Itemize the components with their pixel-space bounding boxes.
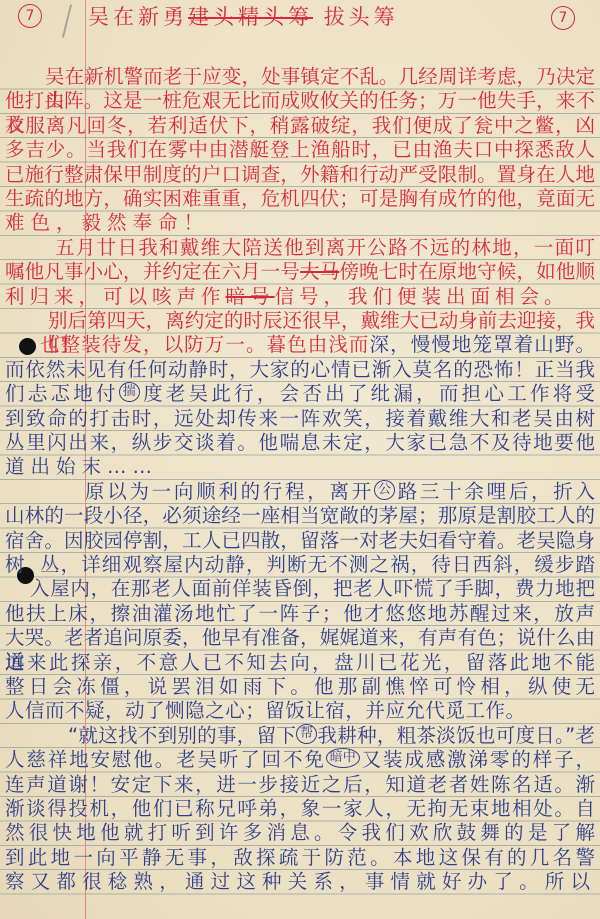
title-text: 吴在新勇 <box>88 5 188 29</box>
line-text: 丛里闪出来，纵步交谈着。他喘息未定，大家已急不及待地要他 <box>5 431 595 454</box>
line-text: 度老吴此行，会否出了纰漏，而担心工作将受 <box>140 382 595 405</box>
text-line: 丛，详细观察屋内动静，判断无不测之祸，待日西斜，缓步踏 <box>40 553 595 577</box>
page-number-right: 7 <box>551 6 575 30</box>
text-line: 五月廿日我和戴维大陪送他到离开公路不远的林地，一面叮 <box>55 236 595 260</box>
text-line: 到此地一向平静无事，敌探疏于防范。本地这保有的几名警 <box>5 846 595 870</box>
line-text: 人慈祥地安慰他。老吴听了回不免 <box>5 748 326 771</box>
text-line: 难色，毅然奉命！ <box>5 211 209 235</box>
pencil-mark <box>62 4 72 37</box>
page-title: 吴在新勇建头精头筹 拔头筹 <box>88 2 399 32</box>
line-text: 路三十余哩后，折入 <box>395 480 595 503</box>
line-text: 又装成感激涕零的样子， <box>360 748 595 771</box>
line-text: 人信而不疑，动了恻隐之心；留饭让宿，并应允代觅工作。 <box>5 699 525 722</box>
text-line: 而依然未见有任何动静时，大家的心情已渐入莫名的恐怖！正当我 <box>5 358 595 382</box>
line-text: 多吉少。当我们在雾中由潜艇登上渔船时，已由渔夫口中探悉敌人 <box>5 138 595 161</box>
line-text: 他扶上床，擦油灌汤地忙了一阵子；他才悠悠地苏醒过来，放声 <box>5 602 595 625</box>
line-text: 们忐忑地付 <box>5 382 119 405</box>
text-line: 整日会冻僵，说罢泪如雨下。他那副憔悴可怜相，纵使无 <box>5 675 595 699</box>
line-text: 察又都很稔熟，通过这种关系，事情就好办了。所以 <box>5 870 590 893</box>
line-text: “就这找不到别的事，留下 <box>68 724 296 747</box>
line-text: 衣服离凡回冬，若利适伏下，稍露破绽，我们便成了瓮中之鳖，凶 <box>5 114 595 137</box>
punch-hole <box>19 338 36 355</box>
line-text: 嘱他凡事小心，并约定在六月一号 <box>5 260 300 283</box>
title-struck-text: 建头精头筹 <box>188 5 313 29</box>
text-line: 嘱他凡事小心，并约定在六月一号大马傍晚七时在原地守候，如他顺 <box>5 260 595 284</box>
circled-insertion: 公 <box>374 480 395 500</box>
text-line: 山林的一段小径，必须途经一座相当宽敞的茅屋；那原是割胶工人的 <box>5 504 595 528</box>
text-line: 察又都很稔熟，通过这种关系，事情就好办了。所以 <box>5 870 590 894</box>
struck-text: 暗号 <box>226 285 275 308</box>
text-line: 人慈祥地安慰他。老吴听了回不免暗中又装成感激涕零的样子， <box>5 748 595 772</box>
line-text: 到致命的打击时，远处却传来一阵欢笑，接着戴维大和老吴由树 <box>5 407 595 430</box>
line-text: 五月廿日我和戴维大陪送他到离开公路不远的林地，一面叮 <box>55 236 595 259</box>
text-line: 丛里闪出来，纵步交谈着。他喘息未定，大家已急不及待地要他 <box>5 431 595 455</box>
line-text: 连声道谢！安定下来，进一步接近之后，知道老者姓陈名适。渐 <box>5 773 595 796</box>
text-line: “就这找不到别的事，留下帮我耕种，粗茶淡饭也可度日。”老 <box>68 724 595 748</box>
text-line: 他打头阵。这是一桩危艰无比而成败攸关的任务；万一他失手，来不及 <box>5 89 595 113</box>
text-line: 人信而不疑，动了恻隐之心；留饭让宿，并应允代觅工作。 <box>5 699 525 723</box>
line-text: 生疏的地方，确实困难重重，危机四伏；可是胸有成竹的他，竟面无 <box>5 187 595 210</box>
line-text: 我耕种，粗茶淡饭也可度日。”老 <box>317 724 595 747</box>
line-text: 到此地一向平静无事，敌探疏于防范。本地这保有的几名警 <box>5 846 595 869</box>
notebook-page: 7 7 吴在新勇建头精头筹 拔头筹 吴在新机警而老于应变，处事镇定不乱。几经周详… <box>0 0 600 919</box>
line-text: 整日会冻僵，说罢泪如雨下。他那副憔悴可怜相，纵使无 <box>5 675 595 698</box>
text-line: 多吉少。当我们在雾中由潜艇登上渔船时，已由渔夫口中探悉敌人 <box>5 138 595 162</box>
struck-text: 大马 <box>300 260 339 283</box>
line-text: 利归来，可以咳声作 <box>5 285 226 308</box>
line-text: 也整装待发，以防万一。暮色由浅而 <box>40 333 370 356</box>
line-text: 傍晚七时在原地守候，如他顺 <box>339 260 595 283</box>
line-text: 难色，毅然奉命！ <box>5 211 209 234</box>
circled-insertion: 暗中 <box>326 748 360 768</box>
line-text: 然很快地他就打听到许多消息。令我们欢欣鼓舞的是了解 <box>5 821 595 844</box>
text-line: 已施行整肃保甲制度的户口调查，外籍和行动严受限制。置身在人地 <box>5 163 595 187</box>
text-line: 生疏的地方，确实困难重重，危机四伏；可是胸有成竹的他，竟面无 <box>5 187 595 211</box>
text-line: 连声道谢！安定下来，进一步接近之后，知道老者姓陈名适。渐 <box>5 773 595 797</box>
text-line: 渐谈得投机，他们已称兄呼弟，象一家人，无拘无束地相处。自 <box>5 797 595 821</box>
text-line: 道来此探亲，不意人已不知去向，盘川已花光，留落此地不能 <box>5 651 595 675</box>
line-text: 已施行整肃保甲制度的户口调查，外籍和行动严受限制。置身在人地 <box>5 163 595 186</box>
text-line: 到致命的打击时，远处却传来一阵欢笑，接着戴维大和老吴由树 <box>5 407 595 431</box>
line-text: 丛，详细观察屋内动静，判断无不测之祸，待日西斜，缓步踏 <box>40 553 595 576</box>
line-text: 而依然未见有任何动静时，大家的心情已渐入莫名的恐怖！正当我 <box>5 358 595 381</box>
text-line: 大哭。老者追问原委，他早有准备，娓娓道来，有声有色；说什么由远 <box>5 626 595 650</box>
text-line: 也整装待发，以防万一。暮色由浅而深，慢慢地笼罩着山野。 <box>40 333 595 357</box>
line-text: 入屋内，在那老人面前佯装昏倒，把老人吓慌了手脚，费力地把 <box>30 577 595 600</box>
line-text: 道出始末…… <box>5 455 158 478</box>
line-text: 渐谈得投机，他们已称兄呼弟，象一家人，无拘无束地相处。自 <box>5 797 595 820</box>
text-line: 入屋内，在那老人面前佯装昏倒，把老人吓慌了手脚，费力地把 <box>30 577 595 601</box>
text-line: 们忐忑地付揣度老吴此行，会否出了纰漏，而担心工作将受 <box>5 382 595 406</box>
text-line: 利归来，可以咳声作暗号信号，我们便装出面相会。 <box>5 285 569 309</box>
line-text: 道来此探亲，不意人已不知去向，盘川已花光，留落此地不能 <box>5 651 595 674</box>
text-line: 他扶上床，擦油灌汤地忙了一阵子；他才悠悠地苏醒过来，放声 <box>5 602 595 626</box>
circled-insertion: 帮 <box>296 724 317 744</box>
text-line: 别后第四天，离约定的时辰还很早，戴维大已动身前去迎接，我们 <box>48 309 595 333</box>
page-number-left: 7 <box>18 4 42 28</box>
text-line: 吴在新机警而老于应变，处事镇定不乱。几经周详考虑，乃决定由 <box>45 65 595 89</box>
text-line: 原以为一向顺利的行程，离开公路三十余哩后，折入 <box>85 480 595 504</box>
line-text: 信号，我们便装出面相会。 <box>275 285 569 308</box>
text-line: 道出始末…… <box>5 455 158 479</box>
line-text: 深，慢慢地笼罩着山野。 <box>370 333 595 356</box>
title-text: 拔头筹 <box>324 5 399 29</box>
circled-insertion: 揣 <box>119 382 140 402</box>
text-line: 然很快地他就打听到许多消息。令我们欢欣鼓舞的是了解 <box>5 821 595 845</box>
line-text: 山林的一段小径，必须途经一座相当宽敞的茅屋；那原是割胶工人的 <box>5 504 595 527</box>
line-text: 原以为一向顺利的行程，离开 <box>85 480 374 503</box>
text-line: 宿舍。因胶园停割，工人已四散，留落一对老夫妇看守着。老吴隐身树 <box>5 529 595 553</box>
text-line: 衣服离凡回冬，若利适伏下，稍露破绽，我们便成了瓮中之鳖，凶 <box>5 114 595 138</box>
